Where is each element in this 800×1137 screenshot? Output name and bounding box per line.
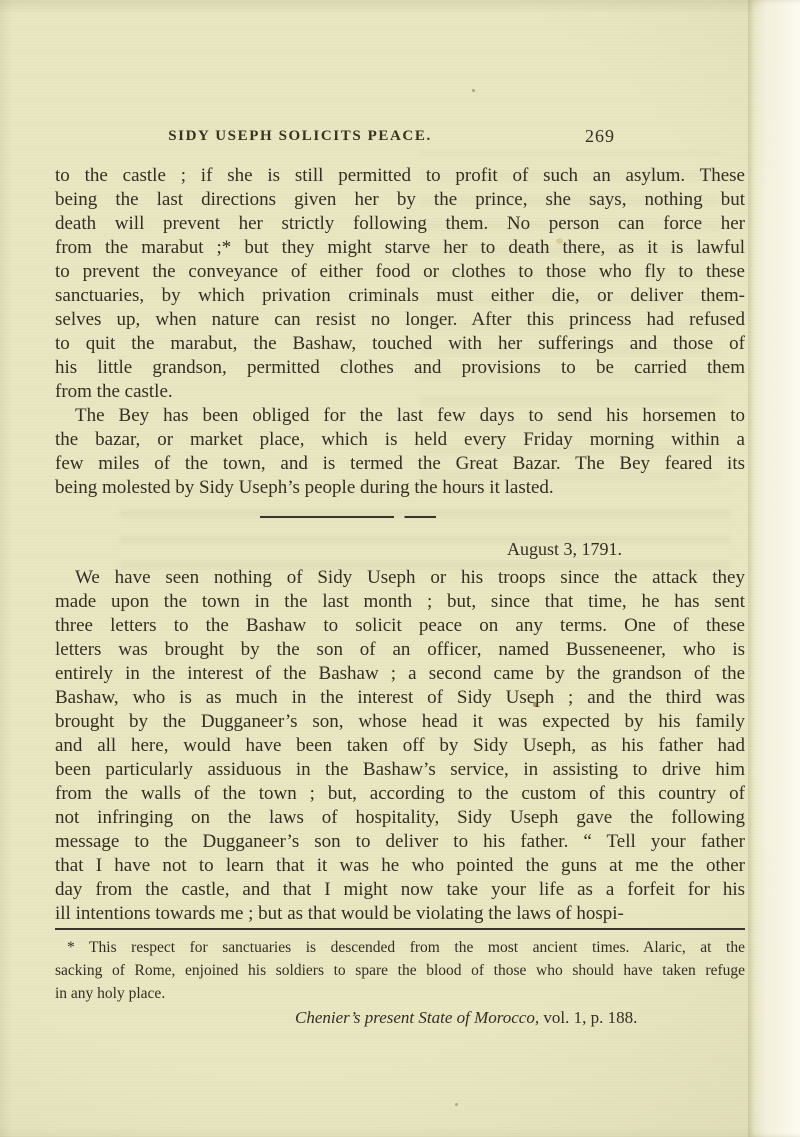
text-line: being the last directions given her by t… <box>55 188 745 212</box>
footnote-rule <box>55 928 745 930</box>
text-line: to quit the marabut, the Bashaw, touched… <box>55 332 745 356</box>
text-line: the bazar, or market place, which is hel… <box>55 428 745 452</box>
text-line: in any holy place. <box>55 982 745 1005</box>
book-page: SIDY USEPH SOLICITS PEACE. 269 to the ca… <box>0 0 800 1137</box>
source-citation: Chenier’s present State of Morocco, vol.… <box>55 1007 745 1029</box>
text-line: from the walls of the town ; but, accord… <box>55 782 745 806</box>
text-line: sanctuaries, by which privation criminal… <box>55 284 745 308</box>
text-line: ill intentions towards me ; but as that … <box>55 902 745 926</box>
ink-speck <box>472 89 475 92</box>
text-line: and all here, would have been taken off … <box>55 734 745 758</box>
text-line: being molested by Sidy Useph’s people du… <box>55 476 745 500</box>
text-line: from the marabut ;* but they might starv… <box>55 236 745 260</box>
body-text: to the castle ; if she is still permitte… <box>55 164 745 1029</box>
text-line: Bashaw, who is as much in the interest o… <box>55 686 745 710</box>
section-divider-rule <box>260 516 436 518</box>
paragraph-2: The Bey has been obliged for the last fe… <box>55 404 745 500</box>
text-block: SIDY USEPH SOLICITS PEACE. 269 to the ca… <box>55 128 745 1029</box>
text-line: from the castle. <box>55 380 745 404</box>
text-line: selves up, when nature can resist no lon… <box>55 308 745 332</box>
date-line: August 3, 1791. <box>55 538 745 560</box>
paragraph-1: to the castle ; if she is still permitte… <box>55 164 745 404</box>
text-line: not infringing on the laws of hospitalit… <box>55 806 745 830</box>
text-line: to prevent the conveyance of either food… <box>55 260 745 284</box>
text-line: been particularly assiduous in the Basha… <box>55 758 745 782</box>
ink-speck <box>455 1103 458 1106</box>
text-line: made upon the town in the last month ; b… <box>55 590 745 614</box>
text-line: that I have not to learn that it was he … <box>55 854 745 878</box>
page-header: SIDY USEPH SOLICITS PEACE. 269 <box>55 128 745 154</box>
text-line: letters was brought by the son of an off… <box>55 638 745 662</box>
page-edge <box>748 0 800 1137</box>
text-line: death will prevent her strictly followin… <box>55 212 745 236</box>
footnote: * This respect for sanctuaries is descen… <box>55 936 745 1005</box>
text-line: entirely in the interest of the Bashaw ;… <box>55 662 745 686</box>
text-line: * This respect for sanctuaries is descen… <box>55 936 745 959</box>
running-head-title: SIDY USEPH SOLICITS PEACE. <box>168 128 432 145</box>
text-line: day from the castle, and that I might no… <box>55 878 745 902</box>
page-number: 269 <box>585 126 615 147</box>
text-line: his little grandson, permitted clothes a… <box>55 356 745 380</box>
text-line: brought by the Dugganeer’s son, whose he… <box>55 710 745 734</box>
citation-work-title: Chenier’s present State of Morocco, <box>295 1008 539 1027</box>
text-line: three letters to the Bashaw to solicit p… <box>55 614 745 638</box>
text-line: to the castle ; if she is still permitte… <box>55 164 745 188</box>
text-line: The Bey has been obliged for the last fe… <box>55 404 745 428</box>
text-line: sacking of Rome, enjoined his soldiers t… <box>55 959 745 982</box>
text-line: We have seen nothing of Sidy Useph or hi… <box>55 566 745 590</box>
citation-volume-page: vol. 1, p. 188. <box>539 1008 637 1027</box>
paragraph-3: We have seen nothing of Sidy Useph or hi… <box>55 566 745 926</box>
text-line: few miles of the town, and is termed the… <box>55 452 745 476</box>
text-line: message to the Dugganeer’s son to delive… <box>55 830 745 854</box>
